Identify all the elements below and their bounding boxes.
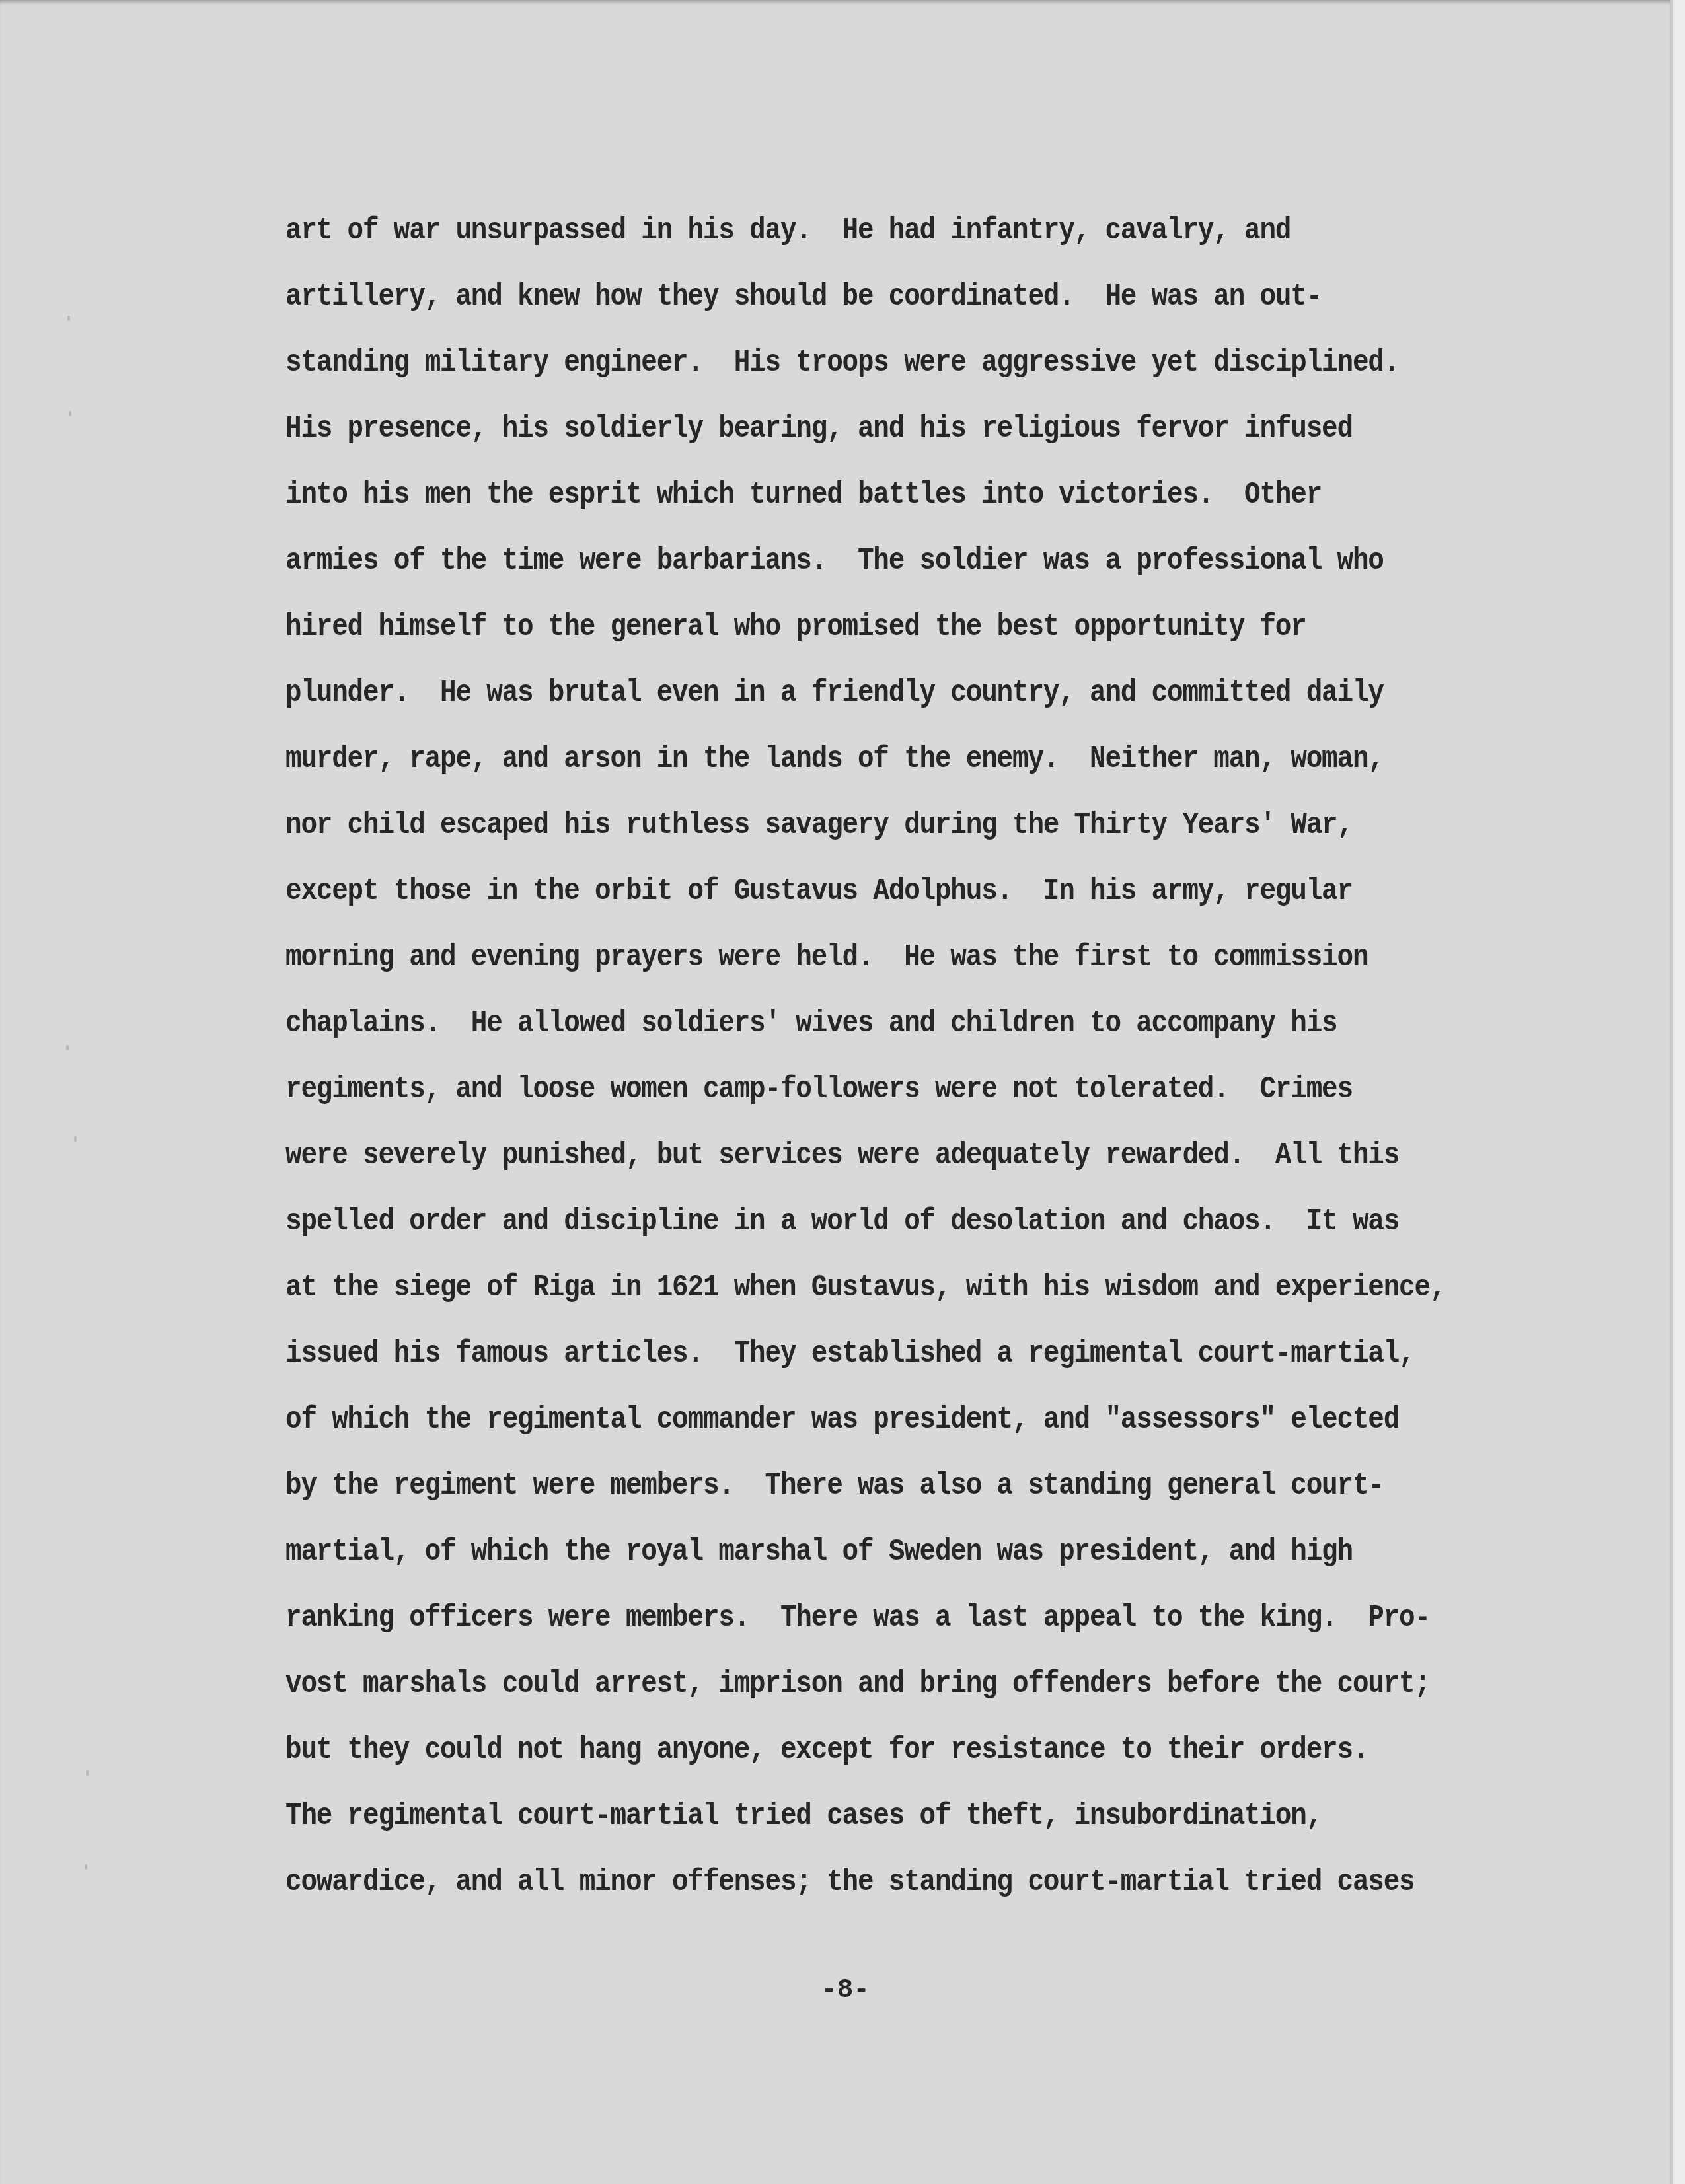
scan-speck bbox=[86, 1770, 89, 1776]
text-line: spelled order and discipline in a world … bbox=[285, 1185, 1574, 1259]
text-line: ranking officers were members. There was… bbox=[285, 1582, 1574, 1656]
body-text: art of war unsurpassed in his day. He ha… bbox=[285, 198, 1574, 1916]
page-number: -8- bbox=[0, 1975, 1670, 2006]
text-line: except those in the orbit of Gustavus Ad… bbox=[285, 855, 1574, 929]
text-line: by the regiment were members. There was … bbox=[285, 1449, 1574, 1523]
text-line: at the siege of Riga in 1621 when Gustav… bbox=[285, 1251, 1574, 1325]
text-line: armies of the time were barbarians. The … bbox=[285, 525, 1574, 599]
text-line: The regimental court-martial tried cases… bbox=[285, 1780, 1574, 1854]
text-line: murder, rape, and arson in the lands of … bbox=[285, 723, 1574, 797]
text-line: cowardice, and all minor offenses; the s… bbox=[285, 1846, 1574, 1920]
text-line: nor child escaped his ruthless savagery … bbox=[285, 789, 1574, 863]
scan-speck bbox=[66, 1045, 69, 1050]
text-line: were severely punished, but services wer… bbox=[285, 1119, 1574, 1193]
text-line: artillery, and knew how they should be c… bbox=[285, 260, 1574, 334]
scan-speck bbox=[85, 1864, 87, 1870]
scan-speck bbox=[67, 316, 70, 321]
document-page: art of war unsurpassed in his day. He ha… bbox=[0, 0, 1670, 2184]
text-line: art of war unsurpassed in his day. He ha… bbox=[285, 194, 1574, 268]
text-line: regiments, and loose women camp-follower… bbox=[285, 1053, 1574, 1127]
text-line: into his men the esprit which turned bat… bbox=[285, 458, 1574, 532]
text-line: hired himself to the general who promise… bbox=[285, 591, 1574, 665]
scan-speck bbox=[74, 1136, 77, 1142]
text-line: plunder. He was brutal even in a friendl… bbox=[285, 657, 1574, 731]
text-line: standing military engineer. His troops w… bbox=[285, 326, 1574, 400]
text-line: martial, of which the royal marshal of S… bbox=[285, 1515, 1574, 1589]
scan-speck bbox=[69, 411, 71, 416]
text-line: chaplains. He allowed soldiers' wives an… bbox=[285, 987, 1574, 1061]
page-edge bbox=[1670, 0, 1673, 2184]
text-line: of which the regimental commander was pr… bbox=[285, 1383, 1574, 1457]
text-line: vost marshals could arrest, imprison and… bbox=[285, 1648, 1574, 1722]
text-line: His presence, his soldierly bearing, and… bbox=[285, 392, 1574, 466]
text-line: issued his famous articles. They establi… bbox=[285, 1317, 1574, 1391]
text-line: morning and evening prayers were held. H… bbox=[285, 921, 1574, 995]
text-line: but they could not hang anyone, except f… bbox=[285, 1714, 1574, 1788]
